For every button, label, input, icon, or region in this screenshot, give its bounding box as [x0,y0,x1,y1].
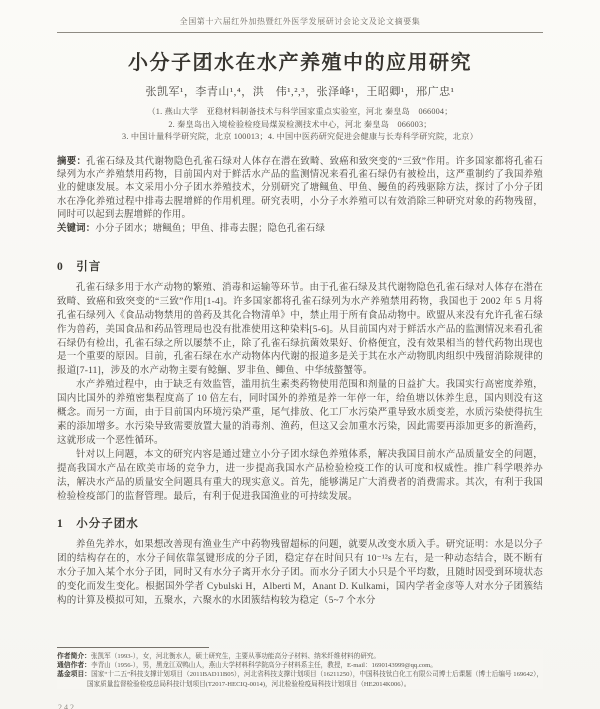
affiliation-line-2: 2. 秦皇岛出入境检验检疫局煤炭检测技术中心，河北 秦皇岛 066003； [57,119,543,132]
keywords-text: 小分子团水；塘鲺鱼；甲鱼、排毒去腥；隐色孔雀石绿 [95,224,325,234]
abstract-text: 孔雀石绿及其代谢物隐色孔雀石绿对人体存在潜在致畸、致癌和致突变的“三致”作用。许… [57,157,543,221]
small-cluster-water-paragraph-1: 养鱼先养水，如果想改善现有渔业生产中药物残留超标的问题，就要从改变水质入手。研究… [57,539,543,609]
running-header: 全国第十六届红外加热暨红外医学发展研讨会论文及论文摘要集 [57,16,543,27]
page-number: 242 [58,703,76,709]
affiliations-block: （1. 燕山大学 亚稳材料制备技术与科学国家重点实验室，河北 秦皇岛 06600… [57,106,543,144]
affiliation-line-3: 3. 中国计量科学研究院，北京 100013；4. 中国中医药研究促进会健康与长… [57,131,543,144]
section-heading-introduction: 0 引言 [57,258,543,274]
affiliation-line-1: （1. 燕山大学 亚稳材料制备技术与科学国家重点实验室，河北 秦皇岛 06600… [57,106,543,119]
paper-title: 小分子团水在水产养殖中的应用研究 [57,50,543,76]
footnote-author-bio: 作者简介：张凯军（1993-），女，河北衡水人，硕士研究生，主要从事功能高分子材… [57,652,543,661]
intro-paragraph-2: 水产养殖过程中，由于缺乏有效监管，滥用抗生素类药物使用范围和剂量的日益扩大。我国… [57,379,543,449]
footnote-funding-label: 基金项目： [57,671,91,678]
footnote-corresponding-author: 通信作者：李青山（1956-），男，黑龙江双鸭山人，燕山大学材料科学院高分子材料… [57,661,543,670]
keywords-label: 关键词： [57,224,95,234]
authors-line: 张凯军¹，李青山¹,⁴，洪 伟¹,²,³，张泽峰¹，王昭卿¹，邢广忠¹ [57,85,543,100]
intro-paragraph-3: 针对以上问题，本文的研究内容是通过建立小分子团水绿色养殖体系，解决我国目前水产品… [57,449,543,505]
footnote-funding: 基金项目：国家“十二五”科技支撑计划项目（2011BAD11B05），河北省科技… [57,670,543,689]
abstract-section: 摘要：孔雀石绿及其代谢物隐色孔雀石绿对人体存在潜在致畸、致癌和致突变的“三致”作… [57,156,543,223]
section-heading-small-cluster-water: 1 小分子团水 [57,515,543,531]
footnote-author-bio-label: 作者简介： [57,653,91,660]
header-divider [57,32,543,33]
footnote-corresponding-author-text: 李青山（1956-），男，黑龙江双鸭山人，燕山大学材料科学院高分子材料系主任，教… [91,662,437,669]
footnotes-block: 作者简介：张凯军（1993-），女，河北衡水人，硕士研究生，主要从事功能高分子材… [57,649,543,689]
abstract-label: 摘要： [57,157,86,167]
keywords-line: 关键词：小分子团水；塘鲺鱼；甲鱼、排毒去腥；隐色孔雀石绿 [57,223,543,236]
footnote-author-bio-text: 张凯军（1993-），女，河北衡水人，硕士研究生，主要从事功能高分子材料、纳米纤… [91,653,380,660]
footnote-funding-text: 国家“十二五”科技支撑计划项目（2011BAD11B05），河北省科技支撑计划项… [87,671,543,687]
paper-page: 全国第十六届红外加热暨红外医学发展研讨会论文及论文摘要集 小分子团水在水产养殖中… [0,0,600,709]
footnote-corresponding-author-label: 通信作者： [57,662,91,669]
intro-paragraph-1: 孔雀石绿多用于水产动物的繁殖、消毒和运输等环节。由于孔雀石绿及其代谢物隐色孔雀石… [57,282,543,379]
